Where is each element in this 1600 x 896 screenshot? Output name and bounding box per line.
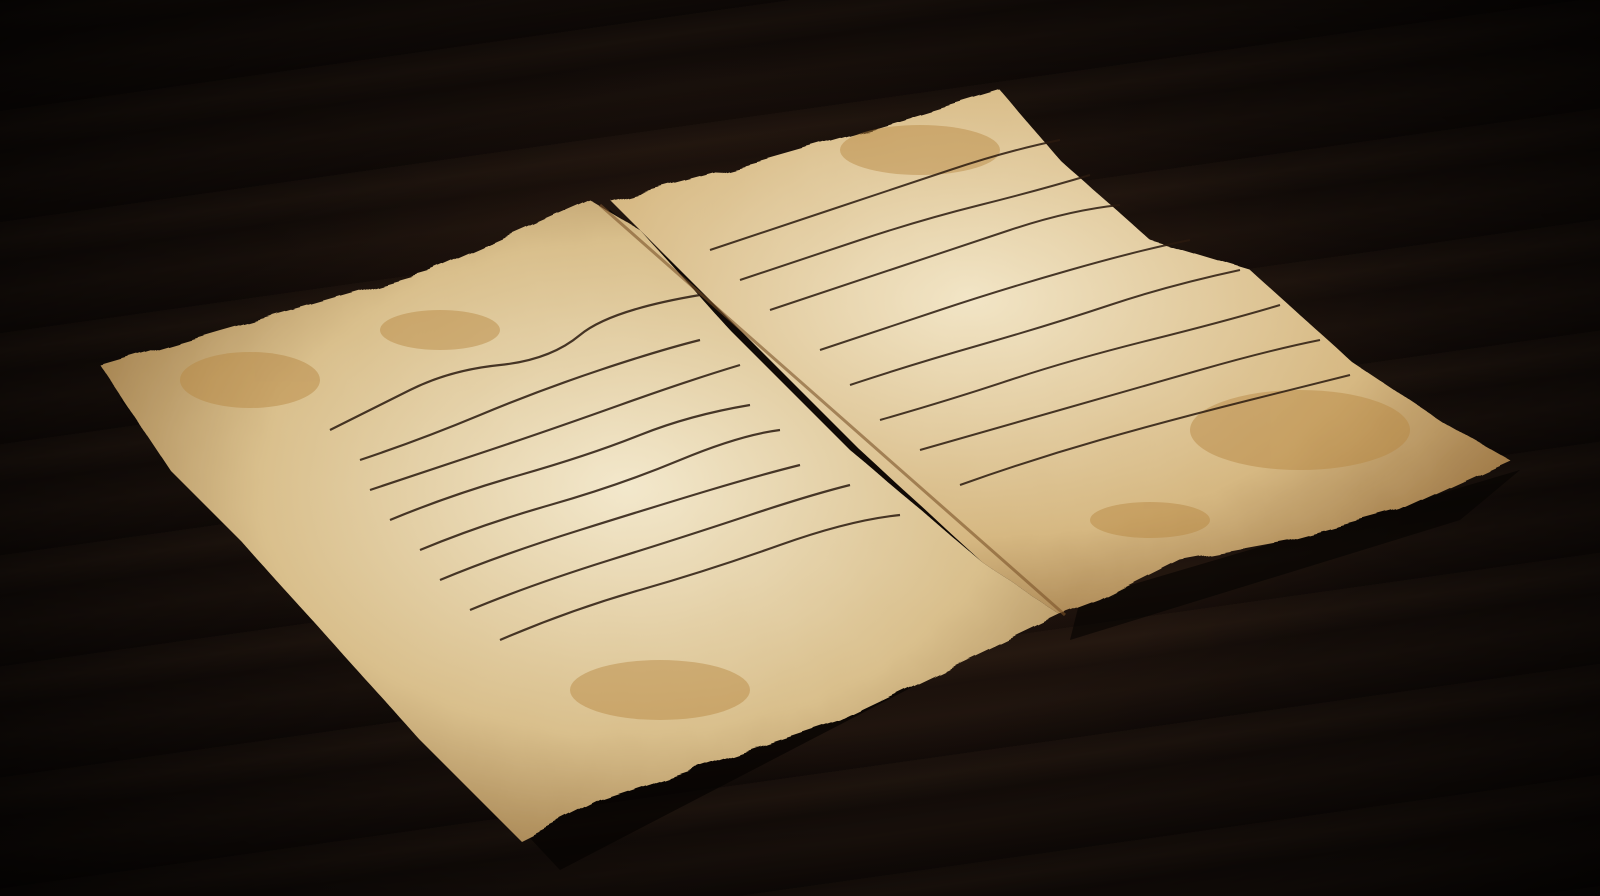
open-book [0,0,1600,896]
